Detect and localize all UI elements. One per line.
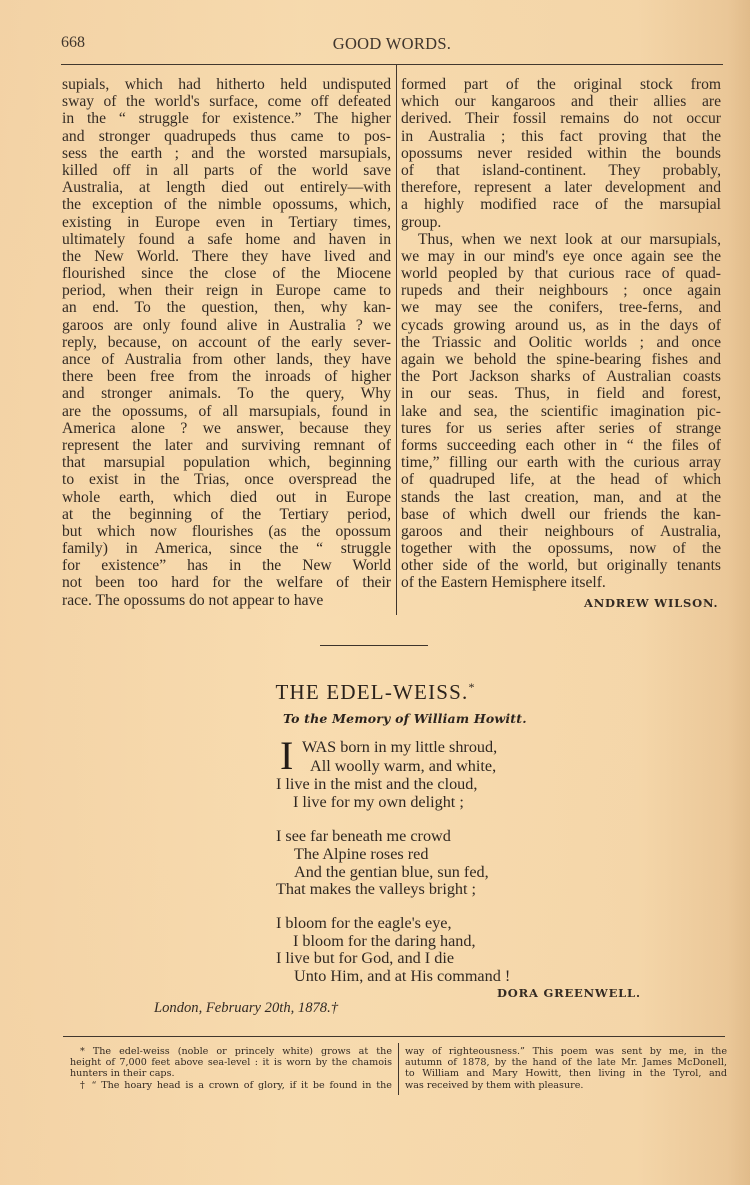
text-line: again we behold the spine-bearing fishes… (401, 351, 721, 368)
text-line: of the Eastern Hemisphere itself. (401, 574, 721, 591)
text-line: of that island-continent. They probably, (401, 162, 721, 179)
poem-title-text: THE EDEL-WEISS. (276, 680, 469, 704)
article-author: ANDREW WILSON. (584, 596, 718, 610)
text-line: the Port Jackson sharks of Australian co… (401, 368, 721, 385)
text-line: world peopled by that curious race of qu… (401, 265, 721, 282)
section-rule (320, 645, 428, 646)
footnote-line: hunters in their caps. (70, 1068, 392, 1079)
text-line: are the opossums, of all marsupials, fou… (62, 403, 391, 420)
footnote-line: way of righteousness.” This poem was sen… (405, 1046, 727, 1057)
journal-title: GOOD WORDS. (61, 34, 723, 54)
text-line: therefore, represent a later development… (401, 179, 721, 196)
poem-line: All woolly warm, and white, (310, 757, 496, 776)
footnote-line: to William and Mary Howitt, then living … (405, 1068, 727, 1079)
text-line: an end. To the question, then, why kan- (62, 299, 391, 316)
text-line: at the beginning of the Tertiary period, (62, 506, 391, 523)
poem-line: I see far beneath me crowd (276, 827, 451, 846)
text-line: group. (401, 214, 721, 231)
text-line: tures for us series after series of stra… (401, 420, 721, 437)
text-line: existing in Europe even in Tertiary time… (62, 214, 391, 231)
text-line: for existence” has in the New World (62, 557, 391, 574)
text-line: there been free from the inroads of high… (62, 368, 391, 385)
text-line: garoos and their neighbours of Australia… (401, 523, 721, 540)
poem-line: WAS born in my little shroud, (302, 738, 497, 757)
poem-author: DORA GREENWELL. (497, 986, 641, 1000)
text-line: flourished since the close of the Miocen… (62, 265, 391, 282)
text-line: stands the last creation, man, and at th… (401, 489, 721, 506)
text-line: the exception of the nimble opossums, wh… (62, 196, 391, 213)
text-line: cycads growing around us, as in the days… (401, 317, 721, 334)
text-line: derived. Their fossil remains do not occ… (401, 110, 721, 127)
text-line: of quadruped life, at the head of which (401, 471, 721, 488)
text-line: in Australia ; this fact proving that th… (401, 128, 721, 145)
text-line: together with the opossums, now of the (401, 540, 721, 557)
text-line: America alone ? we answer, because they (62, 420, 391, 437)
text-line: garoos are only found alive in Australia… (62, 317, 391, 334)
text-line: forms succeeding each other in “ the fil… (401, 437, 721, 454)
footnote-divider (398, 1043, 399, 1095)
text-line: period, when their reign in Europe came … (62, 282, 391, 299)
text-line: formed part of the original stock from (401, 76, 721, 93)
column-divider (396, 64, 397, 615)
poem-dedication: To the Memory of William Howitt. (283, 711, 527, 726)
text-line: race. The opossums do not appear to have (62, 592, 391, 609)
text-line: the Triassic and Oolitic worlds ; and on… (401, 334, 721, 351)
text-line: base of which dwell our friends the kan- (401, 506, 721, 523)
footnote-line: autumn of 1878, by the hand of the late … (405, 1057, 727, 1068)
footnote-line: was received by them with pleasure. (405, 1080, 727, 1091)
text-line: opossums never resided within the bounds (401, 145, 721, 162)
text-line: killed off in all parts of the world sav… (62, 162, 391, 179)
text-line: family) in America, since the “ struggle (62, 540, 391, 557)
book-page: 668 GOOD WORDS. supials, which had hithe… (0, 0, 750, 1185)
text-line: not been too hard for the welfare of the… (62, 574, 391, 591)
text-line: but which now flourishes (as the opossum (62, 523, 391, 540)
text-line: in our seas. Thus, in field and forest, (401, 385, 721, 402)
text-line: rupeds and their neighbours ; once again (401, 282, 721, 299)
text-line: ultimately found a safe home and haven i… (62, 231, 391, 248)
text-line: lake and sea, the scientific imagination… (401, 403, 721, 420)
text-line: whole earth, which died out in Europe (62, 489, 391, 506)
text-line: supials, which had hitherto held undispu… (62, 76, 391, 93)
text-line: the New World. There they have lived and (62, 248, 391, 265)
running-head: 668 GOOD WORDS. (61, 34, 723, 56)
text-line: ance of Australia from other lands, they… (62, 351, 391, 368)
poem-line: I bloom for the eagle's eye, (276, 914, 452, 933)
text-line: that marsupial population which, beginni… (62, 454, 391, 471)
text-line: represent the later and surviving remnan… (62, 437, 391, 454)
text-line: other side of the world, but originally … (401, 557, 721, 574)
footnote-line: height of 7,000 feet above sea-level : i… (70, 1057, 392, 1068)
article-column-right: formed part of the original stock from w… (401, 76, 721, 592)
footnote-mark: * (468, 680, 474, 694)
poem-line: Unto Him, and at His command ! (294, 967, 510, 986)
text-line: time,” filling our earth with the curiou… (401, 454, 721, 471)
text-line: we may in our mind's eye once again see … (401, 248, 721, 265)
text-line: sway of the world's surface, come off de… (62, 93, 391, 110)
text-line: in the “ struggle for existence.” The hi… (62, 110, 391, 127)
poem-line: I live in the mist and the cloud, (276, 775, 477, 794)
text-line: a highly modified race of the marsupial (401, 196, 721, 213)
footnote-line: * The edel-weiss (noble or princely whit… (70, 1046, 392, 1057)
text-line: Thus, when we next look at our marsupial… (401, 231, 721, 248)
text-line: and stronger quadrupeds thus came to pos… (62, 128, 391, 145)
text-line: Australia, at length died out entirely—w… (62, 179, 391, 196)
text-line: which our kangaroos and their allies are (401, 93, 721, 110)
poem-title: THE EDEL-WEISS.* (0, 680, 750, 705)
poem-line: I live but for God, and I die (276, 949, 454, 968)
text-line: to exist in the Trias, once overspread t… (62, 471, 391, 488)
text-line: we may see the conifers, tree-ferns, and (401, 299, 721, 316)
poem-line: The Alpine roses red (294, 845, 428, 864)
footnote-line: † “ The hoary head is a crown of glory, … (70, 1080, 392, 1091)
poem-line: That makes the valleys bright ; (276, 880, 476, 899)
drop-cap: I (280, 738, 293, 774)
footnotes-right: way of righteousness.” This poem was sen… (405, 1046, 727, 1091)
text-line: reply, because, on account of the early … (62, 334, 391, 351)
footnotes-left: * The edel-weiss (noble or princely whit… (70, 1046, 392, 1091)
poem-dateline: London, February 20th, 1878.† (154, 1000, 338, 1017)
article-column-left: supials, which had hitherto held undispu… (62, 76, 391, 609)
footnote-rule (63, 1036, 725, 1037)
text-line: and stronger animals. To the query, Why (62, 385, 391, 402)
poem-line: I live for my own delight ; (293, 793, 464, 812)
text-line: sess the earth ; and the worsted marsupi… (62, 145, 391, 162)
header-rule (61, 64, 723, 65)
